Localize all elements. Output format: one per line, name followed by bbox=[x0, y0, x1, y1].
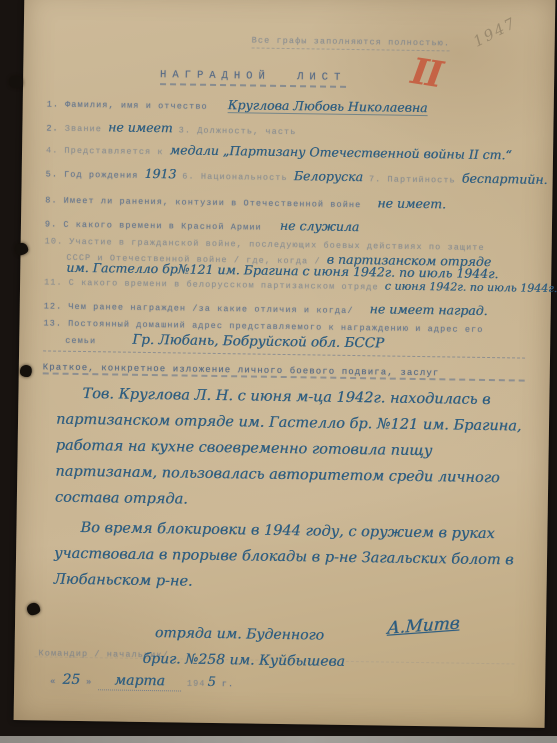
field-row-1: 1. Фамилия, имя и отчество Круглова Любо… bbox=[47, 94, 428, 116]
top-note: Все графы заполняются полностью. bbox=[252, 29, 451, 50]
handwritten-value: не служила bbox=[280, 218, 360, 234]
field-number: 13. bbox=[43, 318, 62, 328]
date-line: « 25 » марта 194 5 г. bbox=[50, 671, 234, 693]
handwritten-value: не имеет bbox=[108, 119, 173, 135]
handwritten-value: Белоруска bbox=[294, 168, 363, 184]
field-number: 10. bbox=[45, 236, 64, 246]
field-row-9: 9. С какого времени в Красной Армии не с… bbox=[45, 214, 360, 234]
scanned-document: Все графы заполняются полностью. 1947 НА… bbox=[0, 0, 557, 743]
date-month: марта bbox=[114, 673, 165, 690]
field-label: Представляется к bbox=[64, 146, 163, 157]
signature-scribble: А.Митв bbox=[386, 613, 460, 638]
field-number: 4. bbox=[46, 145, 59, 155]
handwritten-value: с июня 1942г. по июль 1944г. bbox=[385, 279, 557, 295]
field-label: семьи bbox=[65, 336, 96, 346]
field-label: 7. Партийность bbox=[369, 174, 456, 185]
date-quote-open: « bbox=[50, 677, 56, 687]
field-label: 6. Национальность bbox=[182, 171, 288, 183]
field-number: 11. bbox=[44, 277, 63, 287]
handwritten-value: не имеет. bbox=[377, 195, 446, 211]
field-row-13b: семьи Гр. Любань, Бобруйской обл. БССР bbox=[65, 331, 384, 352]
field-row-5: 5. Год рождения 1913 6. Национальность Б… bbox=[46, 164, 548, 186]
handwritten-value: Круглова Любовь Николаевна bbox=[228, 97, 428, 116]
field-number: 2. bbox=[46, 123, 59, 133]
field-row-12: 12. Чем ранее награжден /за какие отличи… bbox=[44, 296, 488, 318]
pencil-mark: 1947 bbox=[470, 14, 519, 51]
field-row-4: 4. Представляется к медали „Партизану От… bbox=[46, 140, 512, 162]
handwritten-value: 1913 bbox=[144, 166, 176, 181]
handwritten-value: не имеет наград. bbox=[369, 301, 487, 318]
field-label: С какого времени в белорусском партизанс… bbox=[69, 278, 379, 293]
scan-edge-strip bbox=[0, 736, 557, 743]
date-year-typed: 194 bbox=[187, 679, 206, 689]
field-label: Фамилия, имя и отчество bbox=[65, 100, 208, 112]
document-title-text: НАГРАДНОЙ ЛИСТ bbox=[160, 69, 346, 88]
feat-description: Тов. Круглова Л. Н. с июня м-ца 1942г. н… bbox=[53, 381, 530, 604]
paper-sheet: Все графы заполняются полностью. 1947 НА… bbox=[14, 0, 556, 728]
date-suffix: г. bbox=[222, 679, 235, 689]
field-label: Звание bbox=[65, 124, 102, 135]
stage-mark: II bbox=[408, 50, 444, 96]
handwritten-value: медали „Партизану Отечественной войны II… bbox=[170, 142, 512, 162]
unit-line-1: отряда им. Буденного bbox=[155, 624, 324, 645]
top-note-text: Все графы заполняются полностью. bbox=[252, 35, 451, 51]
date-day: 25 bbox=[62, 672, 80, 688]
field-label: Имеет ли ранения, контузии в Отечественн… bbox=[64, 196, 362, 210]
feat-paragraph-2: Во время блокировки в 1944 году, с оружи… bbox=[53, 515, 528, 600]
field-label: Год рождения bbox=[64, 170, 139, 181]
field-number: 5. bbox=[46, 169, 59, 179]
field-row-2: 2. Звание не имеет 3. Должность, часть bbox=[46, 118, 296, 137]
date-quote-close: » bbox=[86, 677, 92, 687]
handwritten-value: беспартийн. bbox=[462, 171, 548, 187]
field-number: 8. bbox=[45, 195, 58, 205]
handwritten-value: Гр. Любань, Бобруйской обл. БССР bbox=[132, 332, 384, 352]
field-number: 9. bbox=[45, 219, 58, 229]
hole-punch bbox=[7, 74, 24, 90]
document-title: НАГРАДНОЙ ЛИСТ bbox=[113, 63, 393, 85]
field-label: 3. Должность, часть bbox=[179, 125, 297, 137]
feat-paragraph-1: Тов. Круглова Л. Н. с июня м-ца 1942г. н… bbox=[55, 381, 531, 518]
date-year-handwritten: 5 bbox=[207, 675, 216, 690]
field-label: С какого времени в Красной Армии bbox=[63, 220, 262, 233]
field-number: 12. bbox=[44, 301, 63, 311]
field-row-8: 8. Имеет ли ранения, контузии в Отечеств… bbox=[45, 190, 446, 211]
field-number: 1. bbox=[47, 99, 60, 109]
field-label: Чем ранее награжден /за какие отличия и … bbox=[68, 302, 353, 316]
